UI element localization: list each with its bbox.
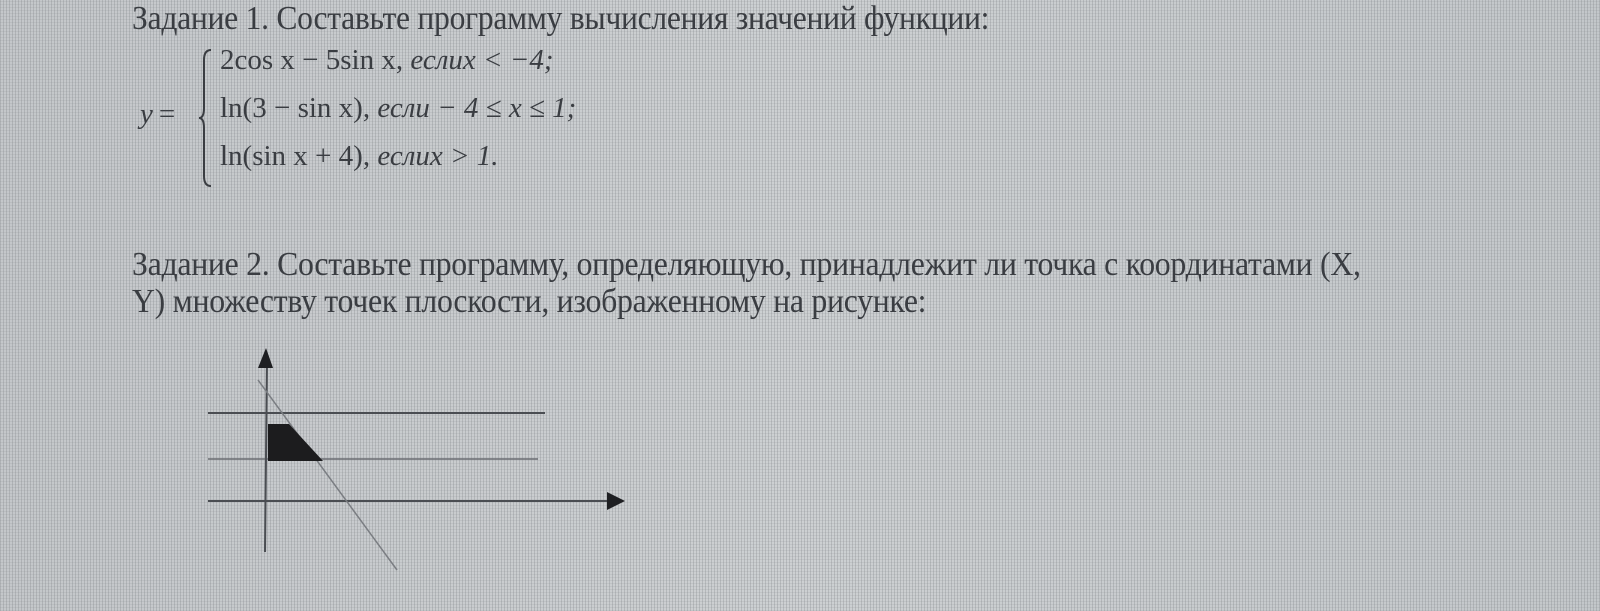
region-diagram <box>0 0 1600 611</box>
shaded-region <box>268 424 323 461</box>
x-axis-arrow-icon <box>607 492 625 510</box>
y-axis-arrow-icon <box>258 348 273 368</box>
descending-boundary-line <box>258 380 397 570</box>
